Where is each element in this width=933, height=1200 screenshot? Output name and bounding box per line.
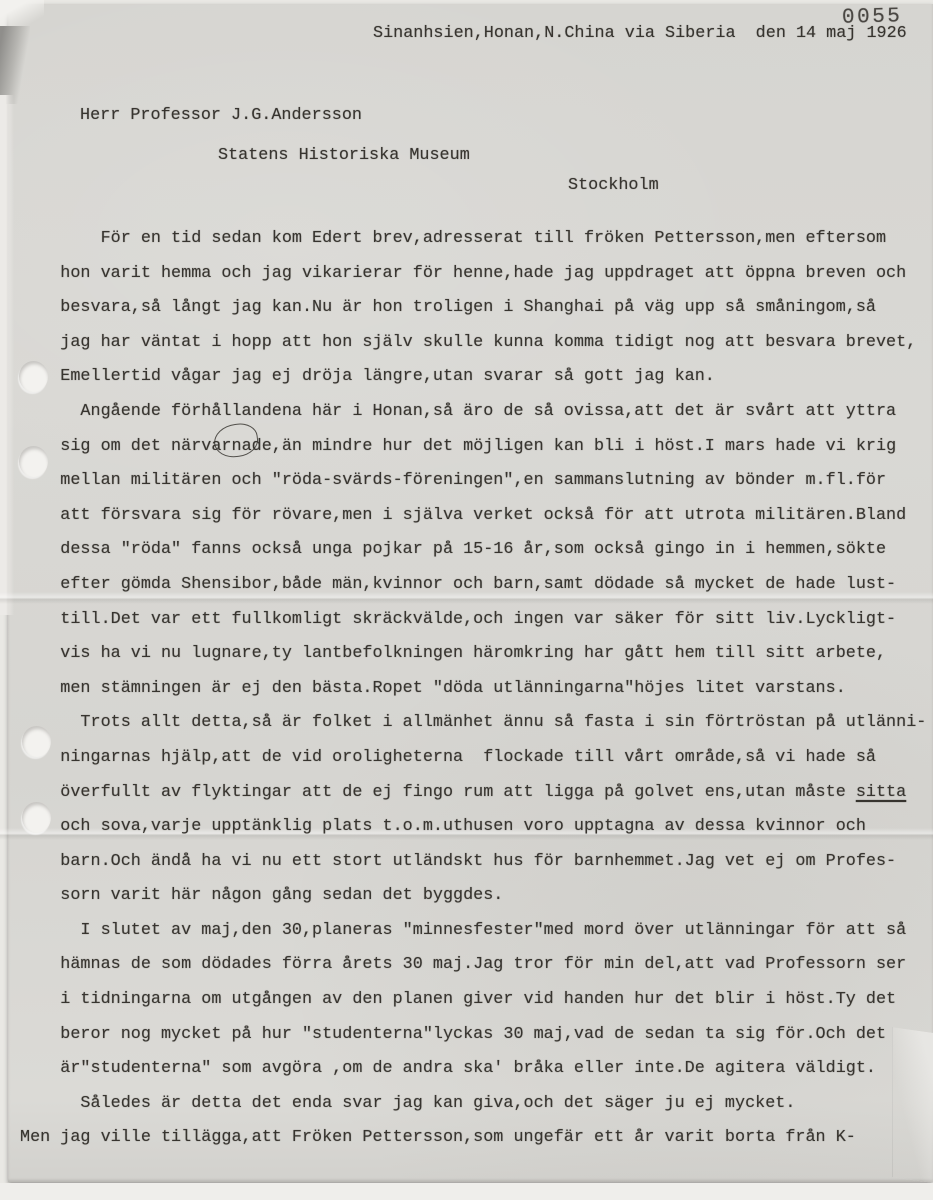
line-text: besvara,så långt jag kan.Nu är hon troli… bbox=[20, 298, 876, 317]
letter-line: besvara,så långt jag kan.Nu är hon troli… bbox=[20, 291, 933, 326]
letter-line: Men jag ville tillägga,att Fröken Petter… bbox=[20, 1121, 933, 1156]
line-text: och sova,varje upptänklig plats t.o.m.ut… bbox=[20, 817, 866, 836]
line-text: sorn varit här någon gång sedan det bygg… bbox=[20, 886, 503, 905]
letter-line: vis ha vi nu lugnare,ty lantbefolkningen… bbox=[20, 637, 933, 672]
line-text: hämnas de som dödades förra årets 30 maj… bbox=[20, 955, 906, 974]
letter-line: I slutet av maj,den 30,planeras "minnesf… bbox=[20, 914, 933, 949]
letter-line: är"studenterna" som avgöra ,om de andra … bbox=[20, 1052, 933, 1087]
punch-hole bbox=[19, 446, 48, 477]
letter-line: överfullt av flyktingar att de ej fingo … bbox=[20, 776, 933, 811]
punch-hole bbox=[22, 726, 51, 757]
letter-line: att försvara sig för rövare,men i själva… bbox=[20, 499, 933, 534]
letter-line: dessa "röda" fanns också unga pojkar på … bbox=[20, 533, 933, 568]
letter-line: sig om det närvarnade,än mindre hur det … bbox=[20, 430, 933, 465]
line-text: Men jag ville tillägga,att Fröken Petter… bbox=[20, 1128, 856, 1147]
line-text: de,än mindre hur det möjligen kan bli i … bbox=[252, 437, 897, 456]
letter-line: hämnas de som dödades förra årets 30 maj… bbox=[20, 948, 933, 983]
letter-line: Således är detta det enda svar jag kan g… bbox=[20, 1087, 933, 1122]
letter-line: beror nog mycket på hur "studenterna"lyc… bbox=[20, 1018, 933, 1053]
line-text: barn.Och ändå ha vi nu ett stort utländs… bbox=[20, 852, 896, 871]
letter-line: mellan militären och "röda-svärds-föreni… bbox=[20, 464, 933, 499]
punch-hole bbox=[22, 802, 51, 833]
line-text: sig om det närva bbox=[20, 437, 221, 456]
letter-line: till.Det var ett fullkomligt skräckvälde… bbox=[20, 603, 933, 638]
letter-line: Angående förhållandena här i Honan,så är… bbox=[20, 395, 933, 430]
letter-line: men stämningen är ej den bästa.Ropet "dö… bbox=[20, 672, 933, 707]
punch-hole bbox=[19, 361, 48, 392]
line-text: dessa "röda" fanns också unga pojkar på … bbox=[20, 540, 886, 559]
underlined-word: sitta bbox=[856, 783, 906, 802]
letter-line: För en tid sedan kom Edert brev,adresser… bbox=[20, 222, 933, 257]
letter-line: sorn varit här någon gång sedan det bygg… bbox=[20, 879, 933, 914]
letter-line: Emellertid vågar jag ej dröja längre,uta… bbox=[20, 360, 933, 395]
letter-line: barn.Och ändå ha vi nu ett stort utländs… bbox=[20, 845, 933, 880]
line-text: I slutet av maj,den 30,planeras "minnesf… bbox=[20, 921, 906, 940]
line-text: överfullt av flyktingar att de ej fingo … bbox=[20, 783, 856, 802]
line-text: mellan militären och "röda-svärds-föreni… bbox=[20, 471, 886, 490]
line-text: efter gömda Shensibor,både män,kvinnor o… bbox=[20, 575, 896, 594]
letter-line: ningarnas hjälp,att de vid oroligheterna… bbox=[20, 741, 933, 776]
line-text: Således är detta det enda svar jag kan g… bbox=[20, 1094, 795, 1113]
dateline: Sinanhsien,Honan,N.China via Siberia den… bbox=[373, 24, 907, 43]
scanned-letter-page: 0055 Sinanhsien,Honan,N.China via Siberi… bbox=[0, 0, 933, 1200]
line-text: i tidningarna om utgången av den planen … bbox=[20, 990, 896, 1009]
letter-line: jag har väntat i hopp att hon själv skul… bbox=[20, 326, 933, 361]
line-text: hon varit hemma och jag vikarierar för h… bbox=[20, 264, 906, 283]
scan-left-edge bbox=[0, 95, 14, 615]
line-text: till.Det var ett fullkomligt skräckvälde… bbox=[20, 610, 896, 629]
scan-bottom-edge bbox=[0, 1183, 933, 1200]
recipient-institution: Statens Historiska Museum bbox=[218, 146, 470, 165]
recipient-name: Herr Professor J.G.Andersson bbox=[80, 106, 362, 125]
letter-line: i tidningarna om utgången av den planen … bbox=[20, 983, 933, 1018]
circled-correction: rna bbox=[221, 430, 251, 465]
scan-corner-shadow bbox=[0, 26, 30, 104]
line-text: är"studenterna" som avgöra ,om de andra … bbox=[20, 1059, 876, 1078]
letter-line: Trots allt detta,så är folket i allmänhe… bbox=[20, 706, 933, 741]
line-text: jag har väntat i hopp att hon själv skul… bbox=[20, 333, 916, 352]
recipient-city: Stockholm bbox=[568, 176, 659, 195]
line-text: men stämningen är ej den bästa.Ropet "dö… bbox=[20, 679, 846, 698]
line-text: vis ha vi nu lugnare,ty lantbefolkningen… bbox=[20, 644, 886, 663]
line-text: Trots allt detta,så är folket i allmänhe… bbox=[20, 713, 926, 732]
line-text: beror nog mycket på hur "studenterna"lyc… bbox=[20, 1025, 886, 1044]
line-text: För en tid sedan kom Edert brev,adresser… bbox=[20, 229, 886, 248]
line-text: ningarnas hjälp,att de vid oroligheterna… bbox=[20, 748, 876, 767]
line-text: Emellertid vågar jag ej dröja längre,uta… bbox=[20, 367, 715, 386]
letter-line: efter gömda Shensibor,både män,kvinnor o… bbox=[20, 568, 933, 603]
letter-line: hon varit hemma och jag vikarierar för h… bbox=[20, 257, 933, 292]
line-text: att försvara sig för rövare,men i själva… bbox=[20, 506, 906, 525]
letter-line: och sova,varje upptänklig plats t.o.m.ut… bbox=[20, 810, 933, 845]
line-text: Angående förhållandena här i Honan,så är… bbox=[20, 402, 896, 421]
letter-body: För en tid sedan kom Edert brev,adresser… bbox=[20, 222, 933, 1156]
